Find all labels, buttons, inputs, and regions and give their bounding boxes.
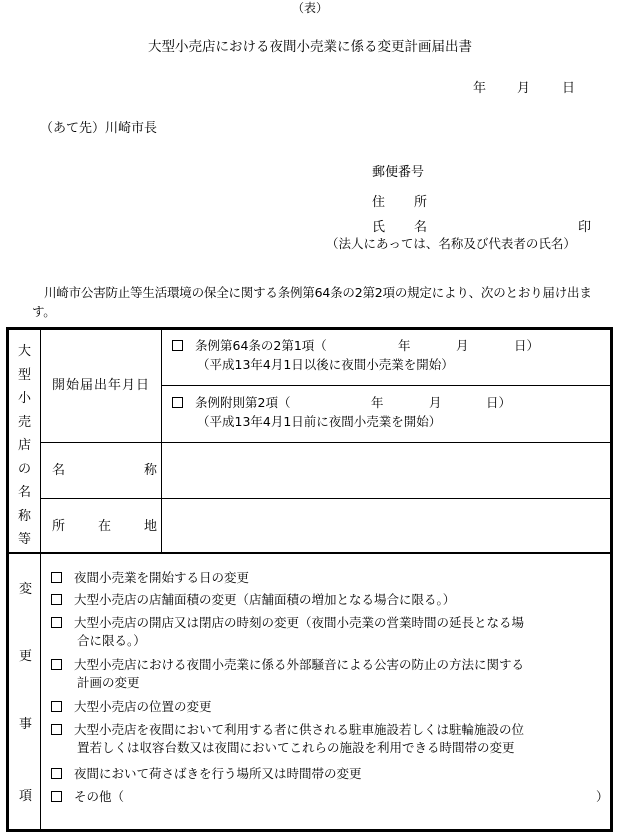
changes-side-char: 更 [19, 650, 32, 663]
changes-side-char: 項 [19, 790, 32, 803]
location-label-c: 地 [144, 520, 157, 533]
change-item-start-date[interactable]: 夜間小売業を開始する日の変更 [51, 572, 249, 585]
side-char: 大 [9, 340, 40, 364]
checkbox[interactable] [172, 397, 183, 408]
item-label-cont: 置若しくは収容台数又は夜間においてこれらの施設を利用できる時間帯の変更 [51, 742, 524, 755]
item-label: 大型小売店の位置の変更 [74, 699, 212, 714]
change-item-floor-area[interactable]: 大型小売店の店舗面積の変更（店舗面積の増加となる場合に限る。） [51, 594, 455, 607]
side-char: 名 [9, 481, 40, 505]
section-divider [9, 552, 610, 554]
option-label: 条例第64条の2第1項（ [195, 338, 327, 353]
option-article-64-2-1[interactable]: 条例第64条の2第1項（ [172, 340, 327, 353]
seal-mark: 印 [578, 221, 591, 234]
checkbox[interactable] [51, 791, 62, 802]
checkbox[interactable] [51, 572, 62, 583]
item-label: 大型小売店の開店又は閉店の時刻の変更（夜間小売業の営業時間の延長となる場 [74, 615, 524, 630]
side-char: 店 [9, 434, 40, 458]
store-location-field[interactable] [163, 500, 609, 551]
item-label: 大型小売店の店舗面積の変更（店舗面積の増加となる場合に限る。） [74, 592, 455, 607]
postal-code-label: 郵便番号 [372, 166, 424, 179]
item-label-cont: 合に限る。） [51, 635, 524, 648]
side-char: 小 [9, 387, 40, 411]
addressee: （あて先）川崎市長 [40, 122, 157, 135]
location-label-b: 在 [98, 520, 111, 533]
other-close-paren: ） [596, 791, 609, 804]
side-char: 等 [9, 528, 40, 552]
name-label-2: 名 [414, 221, 427, 234]
side-char: 称 [9, 505, 40, 529]
item-label: 夜間において荷さばきを行う場所又は時間帯の変更 [74, 766, 362, 781]
checkbox[interactable] [51, 724, 62, 735]
divider [40, 498, 610, 499]
date-year-label: 年 [473, 82, 486, 95]
changes-side-char: 変 [19, 583, 32, 596]
checkbox[interactable] [51, 659, 62, 670]
divider [161, 385, 610, 386]
option-label: 条例附則第2項（ [195, 395, 290, 410]
change-item-location[interactable]: 大型小売店の位置の変更 [51, 701, 212, 714]
location-label-a: 所 [52, 520, 65, 533]
changes-side-char: 事 [19, 718, 32, 731]
item-label: 夜間小売業を開始する日の変更 [74, 570, 249, 585]
form-code: （表） [0, 2, 620, 14]
form-table: 大 型 小 売 店 の 名 称 等 開始届出年月日 条例第64条の2第1項（ 年… [6, 327, 613, 832]
side-char: の [9, 458, 40, 482]
date-day-label: 日 [562, 82, 575, 95]
document-title: 大型小売店における夜間小売業に係る変更計画届出書 [0, 41, 620, 55]
option1-note: （平成13年4月1日以後に夜間小売業を開始） [197, 359, 454, 372]
item-label-cont: 計画の変更 [51, 677, 524, 690]
option-supplementary-2[interactable]: 条例附則第2項（ [172, 397, 290, 410]
option2-year: 年 [371, 397, 384, 410]
date-month-label: 月 [517, 82, 530, 95]
option2-note: （平成13年4月1日前に夜間小売業を開始） [197, 416, 441, 429]
item-label: 大型小売店における夜間小売業に係る外部騒音による公害の防止の方法に関する [74, 657, 524, 672]
side-char: 売 [9, 411, 40, 435]
name-label-1: 氏 [372, 221, 385, 234]
body-text: 川崎市公害防止等生活環境の保全に関する条例第64条の2第2項の規定により、次のと… [32, 283, 612, 321]
option2-day: 日） [486, 397, 511, 410]
store-name-field[interactable] [163, 444, 609, 497]
checkbox[interactable] [51, 701, 62, 712]
change-item-hours[interactable]: 大型小売店の開店又は閉店の時刻の変更（夜間小売業の営業時間の延長となる場 合に限… [51, 617, 524, 647]
option1-month: 月 [456, 340, 469, 353]
change-item-noise-plan[interactable]: 大型小売店における夜間小売業に係る外部騒音による公害の防止の方法に関する 計画の… [51, 659, 524, 689]
checkbox[interactable] [51, 768, 62, 779]
address-label-2: 所 [414, 196, 427, 209]
store-side-label: 大 型 小 売 店 の 名 称 等 [9, 340, 40, 552]
change-item-loading[interactable]: 夜間において荷さばきを行う場所又は時間帯の変更 [51, 768, 362, 781]
store-name-label-b: 称 [144, 464, 157, 477]
address-label-1: 住 [372, 196, 385, 209]
option1-day: 日） [514, 340, 539, 353]
divider [40, 442, 610, 443]
item-label: 大型小売店を夜間において利用する者に供される駐車施設若しくは駐輪施設の位 [74, 722, 524, 737]
change-item-parking[interactable]: 大型小売店を夜間において利用する者に供される駐車施設若しくは駐輪施設の位 置若し… [51, 724, 524, 754]
corporate-note: （法人にあっては、名称及び代表者の氏名） [326, 238, 576, 251]
checkbox[interactable] [172, 340, 183, 351]
divider [40, 330, 41, 829]
option1-year: 年 [398, 340, 411, 353]
checkbox[interactable] [51, 617, 62, 628]
side-char: 型 [9, 364, 40, 388]
start-date-label: 開始届出年月日 [52, 379, 150, 392]
item-label: その他（ [74, 789, 124, 804]
store-name-label-a: 名 [52, 464, 65, 477]
change-item-other[interactable]: その他（ [51, 791, 124, 804]
checkbox[interactable] [51, 594, 62, 605]
option2-month: 月 [429, 397, 442, 410]
